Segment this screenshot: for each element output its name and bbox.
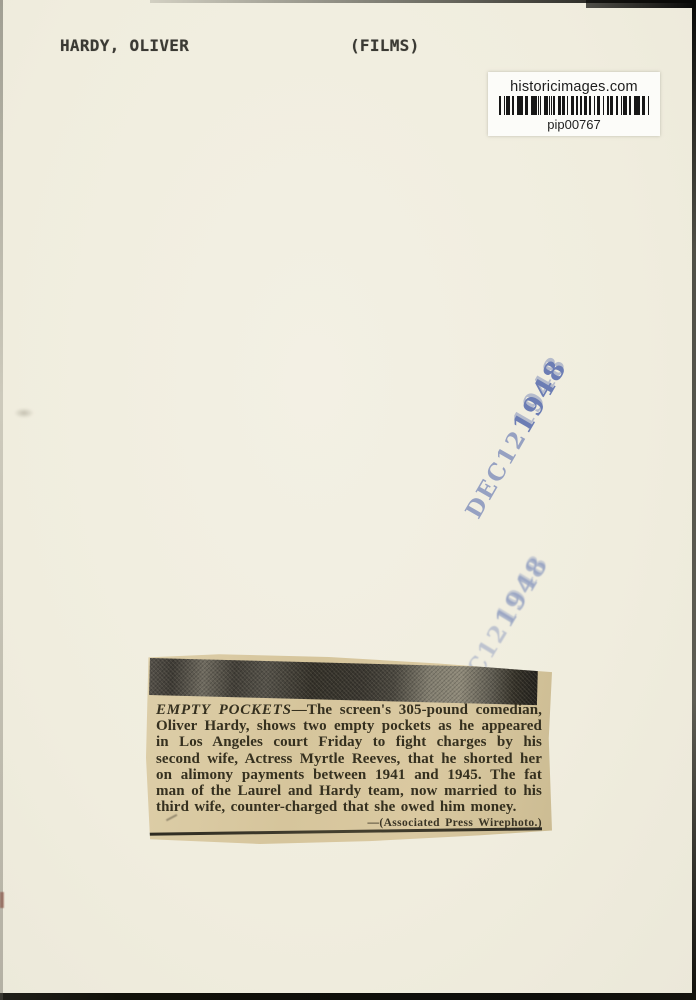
date-stamp-year: 1948 [507,354,573,439]
scan-edge-top-corner [586,0,696,8]
date-stamp-faint-year: 1948 [489,551,554,632]
date-stamp-month-day: DEC12 [460,425,532,523]
scan-edge-left [0,0,3,1000]
caption-dash: — [292,702,307,718]
typed-subject-name: HARDY, OLIVER [60,36,189,55]
newspaper-clipping: EMPTY POCKETS—The screen's 305-pound com… [146,652,552,844]
caption-lead: EMPTY POCKETS [156,702,292,718]
scan-edge-right [692,0,696,1000]
caption-body: The screen's 305-pound comedian, Oliver … [156,702,542,815]
typed-category: (FILMS) [350,36,420,55]
edge-fleck [0,892,4,908]
barcode-label: historicimages.com pip00767 [488,72,660,136]
barcode-icon [499,96,649,115]
scan-edge-bottom [0,993,696,1000]
photo-verso-scan: HARDY, OLIVER (FILMS) historicimages.com… [0,0,696,1000]
label-site-text: historicimages.com [488,79,660,95]
clipping-caption: EMPTY POCKETS—The screen's 305-pound com… [156,702,542,815]
label-code-text: pip00767 [488,117,660,132]
date-stamp: DEC121948 [453,345,579,533]
paper-smudge [14,408,34,418]
